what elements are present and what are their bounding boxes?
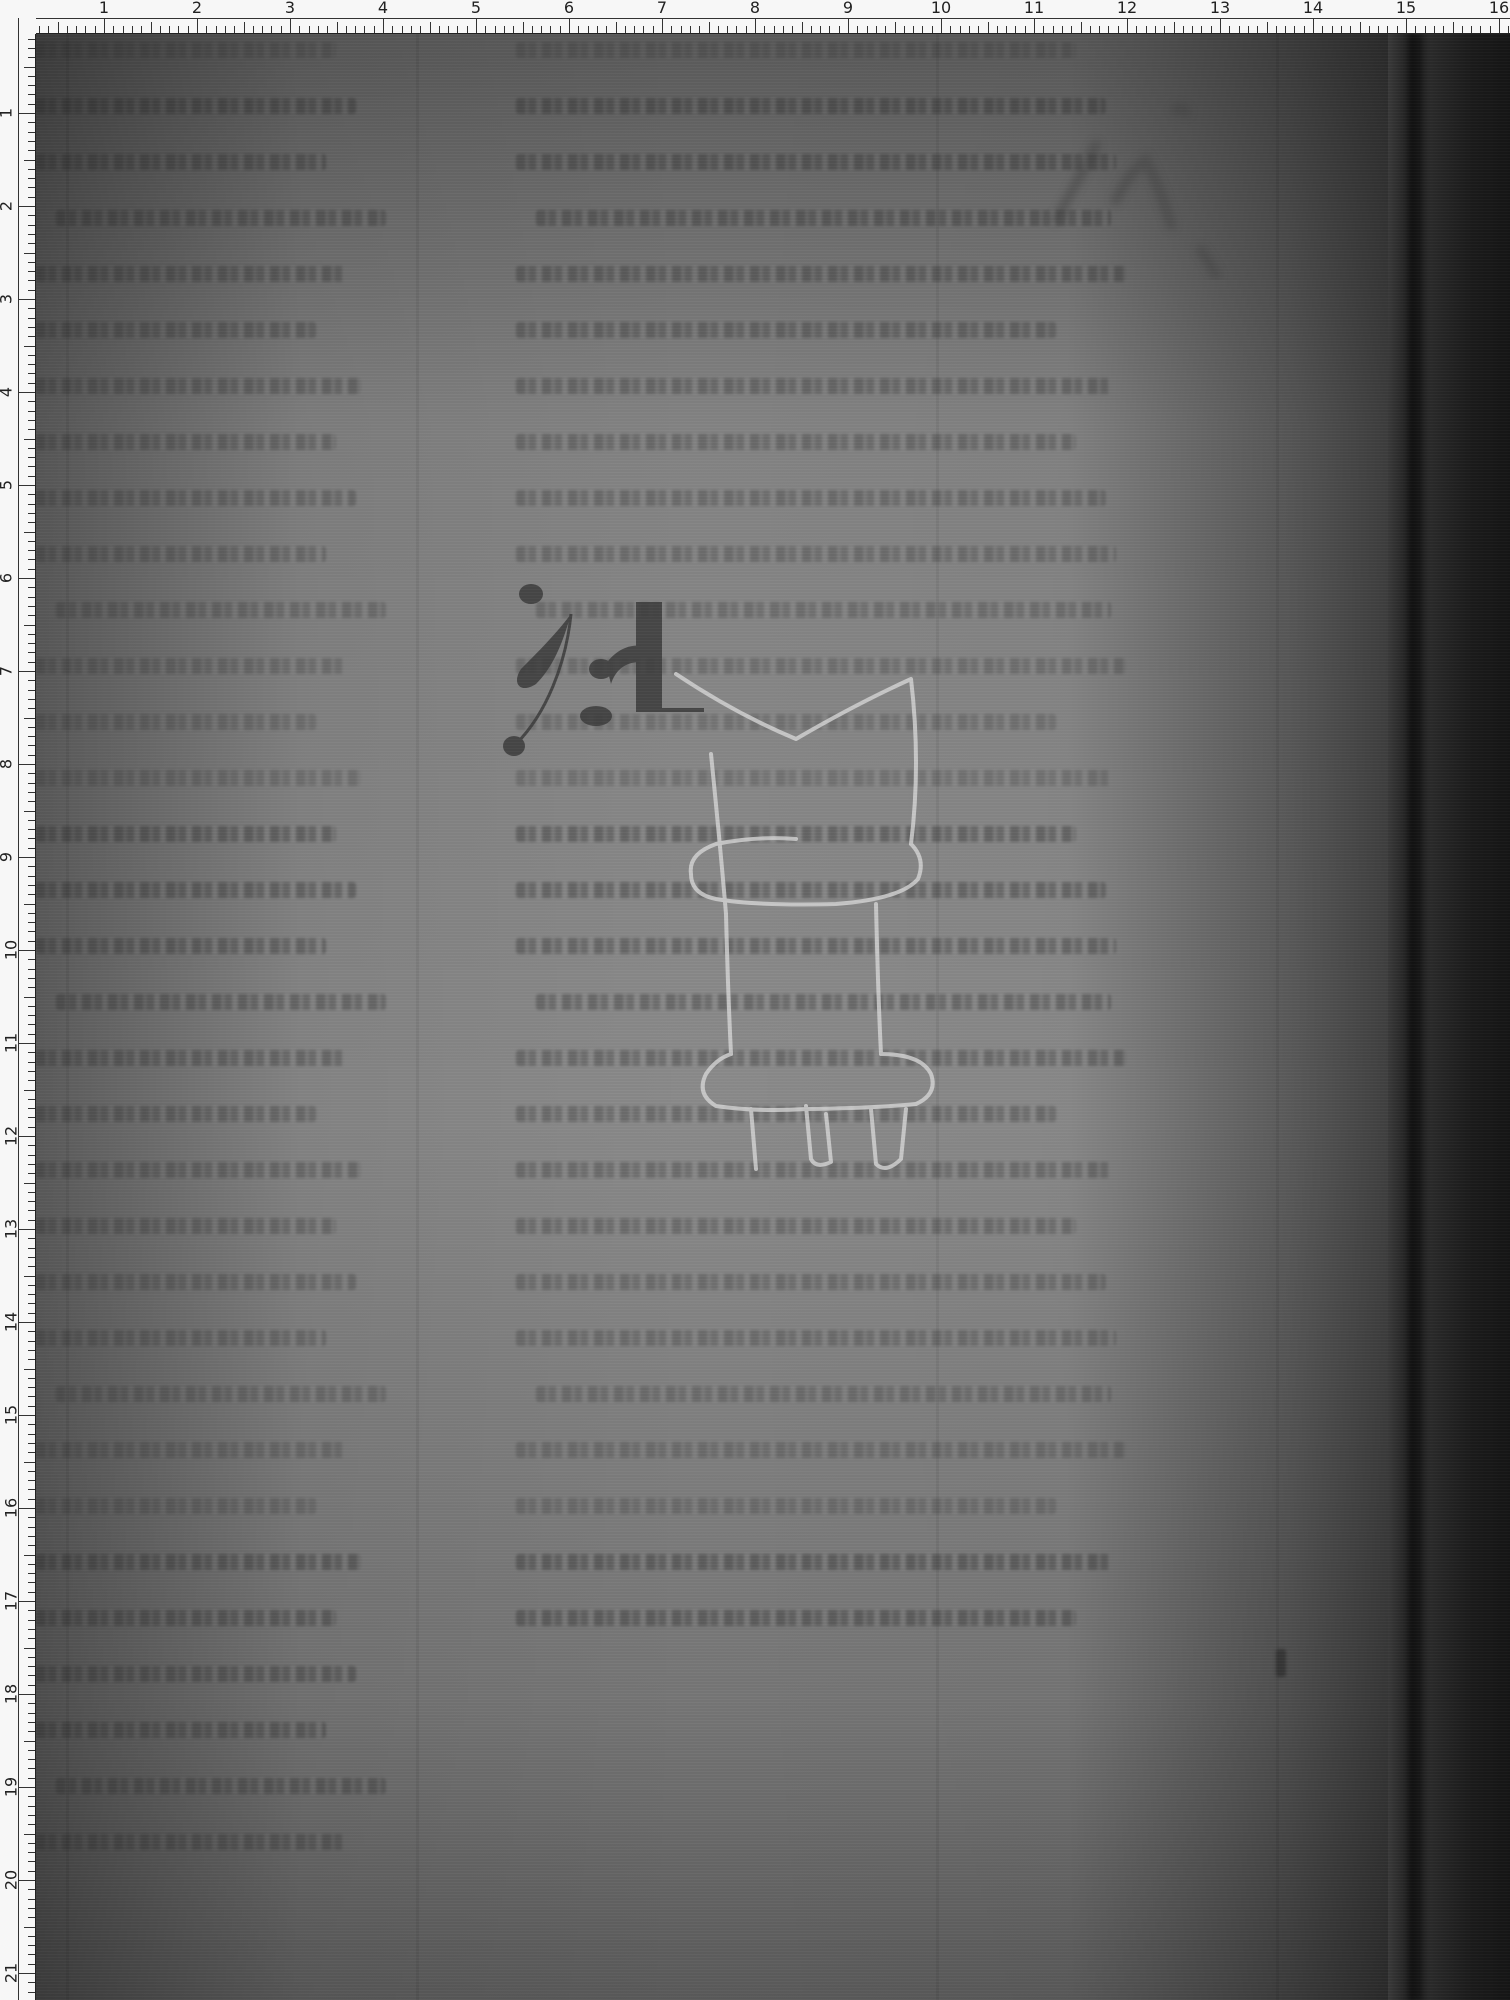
- ruler-label: 13: [2, 1219, 21, 1239]
- ruler-tick: [439, 26, 440, 33]
- ruler-tick: [764, 26, 765, 33]
- ruler-tick: [24, 67, 35, 68]
- ruler-tick: [346, 26, 347, 33]
- ruler-tick: [28, 1303, 35, 1304]
- ruler-tick: [1229, 26, 1230, 33]
- ruler-tick: [997, 26, 998, 33]
- left-ruler-ticks: 123456789101112131415161718192021: [0, 0, 36, 2000]
- ruler-tick: [28, 1731, 35, 1732]
- ruler-tick: [28, 243, 35, 244]
- ruler-tick: [28, 187, 35, 188]
- ruler-tick: [234, 26, 235, 33]
- ruler-label: 1: [0, 108, 16, 118]
- ruler-tick: [28, 643, 35, 644]
- ruler-tick: [18, 578, 35, 579]
- ruler-tick: [560, 26, 561, 33]
- ruler-tick: [28, 178, 35, 179]
- ruler-tick: [58, 22, 59, 33]
- ruler-tick: [28, 615, 35, 616]
- ruler-tick: [978, 26, 979, 33]
- ruler-tick: [28, 783, 35, 784]
- ruler-tick: [28, 420, 35, 421]
- ruler-tick: [1192, 26, 1193, 33]
- ruler-tick: [48, 26, 49, 33]
- ruler-tick: [28, 1778, 35, 1779]
- ruler-tick: [1053, 26, 1054, 33]
- ruler-tick: [160, 26, 161, 33]
- ruler-tick: [28, 1452, 35, 1453]
- ruler-tick: [662, 18, 663, 33]
- ruler-tick: [932, 26, 933, 33]
- ruler-tick: [28, 262, 35, 263]
- ruler-tick: [1239, 26, 1240, 33]
- ruler-tick: [123, 26, 124, 33]
- ruler-tick: [28, 132, 35, 133]
- ruler-tick: [476, 18, 477, 33]
- ruler-tick: [113, 26, 114, 33]
- ruler-tick: [1443, 26, 1444, 33]
- ruler-label: 19: [2, 1777, 21, 1797]
- ruler-tick: [28, 1052, 35, 1053]
- ruler-tick: [28, 773, 35, 774]
- ruler-label: 5: [0, 480, 16, 490]
- ruler-tick: [28, 76, 35, 77]
- ruler-tick: [523, 22, 524, 33]
- top-ruler-ticks: 012345678910111213141516: [0, 0, 1510, 34]
- manuscript-scan: [36, 34, 1510, 2000]
- ruler-label: 1: [99, 0, 109, 17]
- ruler-tick: [206, 26, 207, 33]
- ruler-tick: [24, 1183, 35, 1184]
- ruler-tick: [1378, 26, 1379, 33]
- ruler-label: 3: [285, 0, 295, 17]
- ruler-tick: [867, 26, 868, 33]
- ruler-tick: [24, 1369, 35, 1370]
- ruler-tick: [690, 26, 691, 33]
- ruler-tick: [18, 206, 35, 207]
- ruler-tick: [28, 1434, 35, 1435]
- ruler-tick: [327, 26, 328, 33]
- ruler-tick: [606, 26, 607, 33]
- ruler-tick: [28, 1062, 35, 1063]
- ruler-tick: [383, 18, 384, 33]
- ruler-tick: [28, 48, 35, 49]
- ruler-tick: [76, 26, 77, 33]
- ruler-tick: [337, 22, 338, 33]
- ruler-tick: [28, 1396, 35, 1397]
- ruler-tick: [18, 392, 35, 393]
- ruler-tick: [28, 429, 35, 430]
- ruler-tick: [28, 1238, 35, 1239]
- ruler-tick: [28, 271, 35, 272]
- ruler-tick: [1257, 26, 1258, 33]
- ruler-tick: [736, 26, 737, 33]
- ruler-tick: [28, 727, 35, 728]
- ruler-tick: [28, 169, 35, 170]
- ruler-tick: [885, 26, 886, 33]
- ruler-tick: [24, 1834, 35, 1835]
- ruler-tick: [28, 894, 35, 895]
- ruler-tick: [28, 1713, 35, 1714]
- ruler-tick: [28, 1015, 35, 1016]
- ruler-tick: [28, 476, 35, 477]
- ruler-tick: [24, 718, 35, 719]
- ruler-tick: [1155, 26, 1156, 33]
- ruler-tick: [1248, 26, 1249, 33]
- ruler-tick: [28, 1071, 35, 1072]
- ruler-tick: [28, 280, 35, 281]
- ruler-tick: [1322, 26, 1323, 33]
- ruler-tick: [1294, 26, 1295, 33]
- ruler-tick: [28, 1685, 35, 1686]
- ruler-tick: [28, 1527, 35, 1528]
- ruler-tick: [28, 1164, 35, 1165]
- ruler-tick: [28, 1406, 35, 1407]
- ruler-tick: [28, 1610, 35, 1611]
- ruler-tick: [671, 26, 672, 33]
- ruler-tick: [28, 318, 35, 319]
- ruler-label: 16: [2, 1498, 21, 1518]
- ruler-tick: [28, 1917, 35, 1918]
- ruler-tick: [95, 26, 96, 33]
- ruler-tick: [1313, 18, 1314, 33]
- ruler-tick: [699, 26, 700, 33]
- ruler-tick: [28, 1201, 35, 1202]
- ruler-tick: [28, 1331, 35, 1332]
- ruler-label: 14: [1303, 0, 1323, 17]
- ruler-tick: [28, 913, 35, 914]
- ruler-tick: [28, 1573, 35, 1574]
- ruler-tick: [28, 1629, 35, 1630]
- ruler-tick: [28, 513, 35, 514]
- ruler-tick: [290, 18, 291, 33]
- ruler-tick: [28, 1285, 35, 1286]
- ruler-tick: [28, 866, 35, 867]
- ruler-tick: [922, 26, 923, 33]
- ruler-tick: [792, 26, 793, 33]
- ruler-tick: [24, 346, 35, 347]
- ruler-tick: [1387, 26, 1388, 33]
- ruler-tick: [1480, 26, 1481, 33]
- ruler-tick: [904, 26, 905, 33]
- ruler-tick: [28, 1155, 35, 1156]
- ruler-tick: [513, 26, 514, 33]
- ruler-tick: [1062, 26, 1063, 33]
- ruler-tick: [420, 26, 421, 33]
- ruler-label: 10: [2, 940, 21, 960]
- ruler-tick: [28, 541, 35, 542]
- ruler-tick: [28, 1080, 35, 1081]
- ruler-label: 2: [192, 0, 202, 17]
- ruler-tick: [28, 708, 35, 709]
- ruler-tick: [1183, 26, 1184, 33]
- ruler-tick: [18, 113, 35, 114]
- ruler-tick: [28, 1359, 35, 1360]
- ruler-tick: [28, 1006, 35, 1007]
- ruler-tick: [364, 26, 365, 33]
- ruler-tick: [104, 18, 105, 33]
- ruler-tick: [28, 494, 35, 495]
- ruler-tick: [1276, 26, 1277, 33]
- ruler-tick: [504, 26, 505, 33]
- ruler-tick: [28, 969, 35, 970]
- ruler-tick: [28, 736, 35, 737]
- ruler-label: 11: [2, 1033, 21, 1053]
- ruler-tick: [169, 26, 170, 33]
- ruler-label: 20: [2, 1870, 21, 1890]
- ruler-tick: [28, 1350, 35, 1351]
- ruler-label: 21: [2, 1963, 21, 1983]
- ruler-tick: [24, 904, 35, 905]
- ruler-tick: [28, 1666, 35, 1667]
- ruler-tick: [28, 1908, 35, 1909]
- ruler-tick: [28, 1489, 35, 1490]
- ruler-tick: [28, 1024, 35, 1025]
- ruler-tick: [28, 922, 35, 923]
- ruler-tick: [24, 1927, 35, 1928]
- ruler-tick: [28, 504, 35, 505]
- ruler-tick: [1360, 22, 1361, 33]
- ruler-tick: [634, 26, 635, 33]
- ruler-tick: [28, 1210, 35, 1211]
- ruler-tick: [28, 215, 35, 216]
- ruler-tick: [28, 39, 35, 40]
- ruler-label: 12: [2, 1126, 21, 1146]
- ruler-tick: [876, 26, 877, 33]
- ruler-tick: [28, 1294, 35, 1295]
- ruler-label: 4: [0, 387, 16, 397]
- ruler-tick: [28, 1257, 35, 1258]
- ruler-tick: [28, 1173, 35, 1174]
- ruler-tick: [969, 26, 970, 33]
- ruler-tick: [374, 26, 375, 33]
- ruler-tick: [299, 26, 300, 33]
- ruler-tick: [1462, 26, 1463, 33]
- ruler-tick: [28, 225, 35, 226]
- ruler-tick: [24, 1090, 35, 1091]
- ruler-label: 6: [0, 573, 16, 583]
- ruler-tick: [24, 439, 35, 440]
- ruler-tick: [1090, 26, 1091, 33]
- ruler-tick: [28, 690, 35, 691]
- ruler-tick: [24, 997, 35, 998]
- ruler-tick: [588, 26, 589, 33]
- ruler-tick: [28, 1945, 35, 1946]
- ruler-tick: [28, 1806, 35, 1807]
- ruler-tick: [1332, 26, 1333, 33]
- ruler-tick: [709, 22, 710, 33]
- ruler-tick: [28, 1982, 35, 1983]
- ruler-tick: [1006, 26, 1007, 33]
- ruler-tick: [820, 26, 821, 33]
- ruler-tick: [28, 1424, 35, 1425]
- ruler-tick: [755, 18, 756, 33]
- ruler-tick: [28, 234, 35, 235]
- ruler-tick: [28, 838, 35, 839]
- ruler-tick: [28, 848, 35, 849]
- ruler-tick: [28, 466, 35, 467]
- ruler-tick: [28, 1620, 35, 1621]
- ruler-tick: [28, 885, 35, 886]
- ruler-tick: [18, 485, 35, 486]
- ruler-tick: [28, 959, 35, 960]
- ruler-tick: [1350, 26, 1351, 33]
- ruler-tick: [28, 1899, 35, 1900]
- ruler-tick: [28, 1843, 35, 1844]
- ruler-tick: [216, 26, 217, 33]
- ruler-tick: [18, 857, 35, 858]
- ruler-tick: [28, 122, 35, 123]
- ruler-tick: [28, 876, 35, 877]
- ruler-tick: [1425, 26, 1426, 33]
- ruler-label: 14: [2, 1312, 21, 1332]
- ruler-tick: [28, 1378, 35, 1379]
- ruler-tick: [28, 1127, 35, 1128]
- ruler-tick: [28, 978, 35, 979]
- ruler-tick: [28, 1954, 35, 1955]
- ruler-tick: [28, 792, 35, 793]
- ruler-tick: [151, 22, 152, 33]
- ruler-tick: [643, 26, 644, 33]
- ruler-tick: [1285, 26, 1286, 33]
- ruler-tick: [28, 336, 35, 337]
- ruler-tick: [271, 26, 272, 33]
- ruler-tick: [24, 811, 35, 812]
- ruler-tick: [28, 1034, 35, 1035]
- ruler-tick: [24, 160, 35, 161]
- ruler-tick: [848, 18, 849, 33]
- ruler-tick: [1034, 18, 1035, 33]
- ruler-label: 11: [1024, 0, 1044, 17]
- ruler-tick: [225, 26, 226, 33]
- ruler-tick: [28, 1220, 35, 1221]
- ruler-tick: [24, 532, 35, 533]
- ruler-tick: [85, 26, 86, 33]
- ruler-tick: [1127, 18, 1128, 33]
- ruler-tick: [28, 680, 35, 681]
- ruler-tick: [28, 1750, 35, 1751]
- ruler-tick: [28, 820, 35, 821]
- ruler-label: 15: [1396, 0, 1416, 17]
- ruler-tick: [309, 26, 310, 33]
- ruler-label: 9: [0, 852, 16, 862]
- ruler-tick: [28, 550, 35, 551]
- ruler-tick: [24, 625, 35, 626]
- ruler-tick: [28, 1592, 35, 1593]
- ruler-tick: [1071, 26, 1072, 33]
- ruler-tick: [178, 26, 179, 33]
- ruler-tick: [28, 1861, 35, 1862]
- ruler-tick: [24, 1555, 35, 1556]
- ruler-tick: [485, 26, 486, 33]
- ruler-label: 8: [0, 759, 16, 769]
- ruler-tick: [28, 987, 35, 988]
- ruler-tick: [28, 141, 35, 142]
- ruler-tick: [988, 22, 989, 33]
- ruler-tick: [28, 1824, 35, 1825]
- ruler-tick: [28, 401, 35, 402]
- ruler-tick: [262, 26, 263, 33]
- ruler-tick: [28, 327, 35, 328]
- ruler-tick: [467, 26, 468, 33]
- ruler-tick: [28, 85, 35, 86]
- ruler-tick: [857, 26, 858, 33]
- ruler-tick: [28, 1936, 35, 1937]
- ruler-tick: [28, 699, 35, 700]
- ruler-tick: [28, 1759, 35, 1760]
- ruler-tick: [24, 253, 35, 254]
- ruler-label: 15: [2, 1405, 21, 1425]
- ruler-label: 8: [750, 0, 760, 17]
- ruler-tick: [28, 829, 35, 830]
- ruler-tick: [28, 1145, 35, 1146]
- ruler-tick: [28, 1638, 35, 1639]
- ruler-tick: [28, 559, 35, 560]
- ruler-tick: [24, 1276, 35, 1277]
- ruler-tick: [253, 26, 254, 33]
- ruler-tick: [28, 522, 35, 523]
- ruler-tick: [28, 1266, 35, 1267]
- left-ruler: 123456789101112131415161718192021: [0, 0, 36, 2000]
- ruler-tick: [355, 26, 356, 33]
- ruler-tick: [1146, 26, 1147, 33]
- ruler-tick: [28, 1796, 35, 1797]
- ruler-tick: [457, 26, 458, 33]
- ruler-tick: [895, 22, 896, 33]
- ruler-tick: [1304, 26, 1305, 33]
- ruler-tick: [950, 26, 951, 33]
- ruler-tick: [28, 355, 35, 356]
- ruler-tick: [1267, 22, 1268, 33]
- ruler-tick: [28, 1675, 35, 1676]
- ruler-tick: [28, 1703, 35, 1704]
- ruler-tick: [318, 26, 319, 33]
- ruler-tick: [1025, 26, 1026, 33]
- ruler-tick: [281, 26, 282, 33]
- ruler-tick: [28, 1192, 35, 1193]
- ruler-tick: [1471, 26, 1472, 33]
- ruler-tick: [839, 26, 840, 33]
- ruler-tick: [550, 26, 551, 33]
- ruler-tick: [28, 634, 35, 635]
- ruler-label: 13: [1210, 0, 1230, 17]
- ruler-tick: [625, 26, 626, 33]
- paper-texture: [36, 34, 1510, 2000]
- ruler-tick: [28, 662, 35, 663]
- ruler-tick: [746, 26, 747, 33]
- ruler-tick: [18, 671, 35, 672]
- ruler-tick: [28, 457, 35, 458]
- ruler-label: 12: [1117, 0, 1137, 17]
- ruler-tick: [1211, 26, 1212, 33]
- ruler-tick: [727, 26, 728, 33]
- ruler-tick: [653, 26, 654, 33]
- ruler-tick: [24, 1648, 35, 1649]
- ruler-label: 7: [657, 0, 667, 17]
- ruler-tick: [1453, 22, 1454, 33]
- ruler-tick: [1369, 26, 1370, 33]
- ruler-tick: [244, 22, 245, 33]
- ruler-tick: [28, 1545, 35, 1546]
- ruler-tick: [28, 606, 35, 607]
- ruler-tick: [1434, 26, 1435, 33]
- ruler-tick: [28, 755, 35, 756]
- ruler-tick: [1081, 22, 1082, 33]
- ruler-tick: [28, 1117, 35, 1118]
- ruler-tick: [28, 150, 35, 151]
- ruler-tick: [28, 411, 35, 412]
- top-ruler: 012345678910111213141516: [0, 0, 1510, 34]
